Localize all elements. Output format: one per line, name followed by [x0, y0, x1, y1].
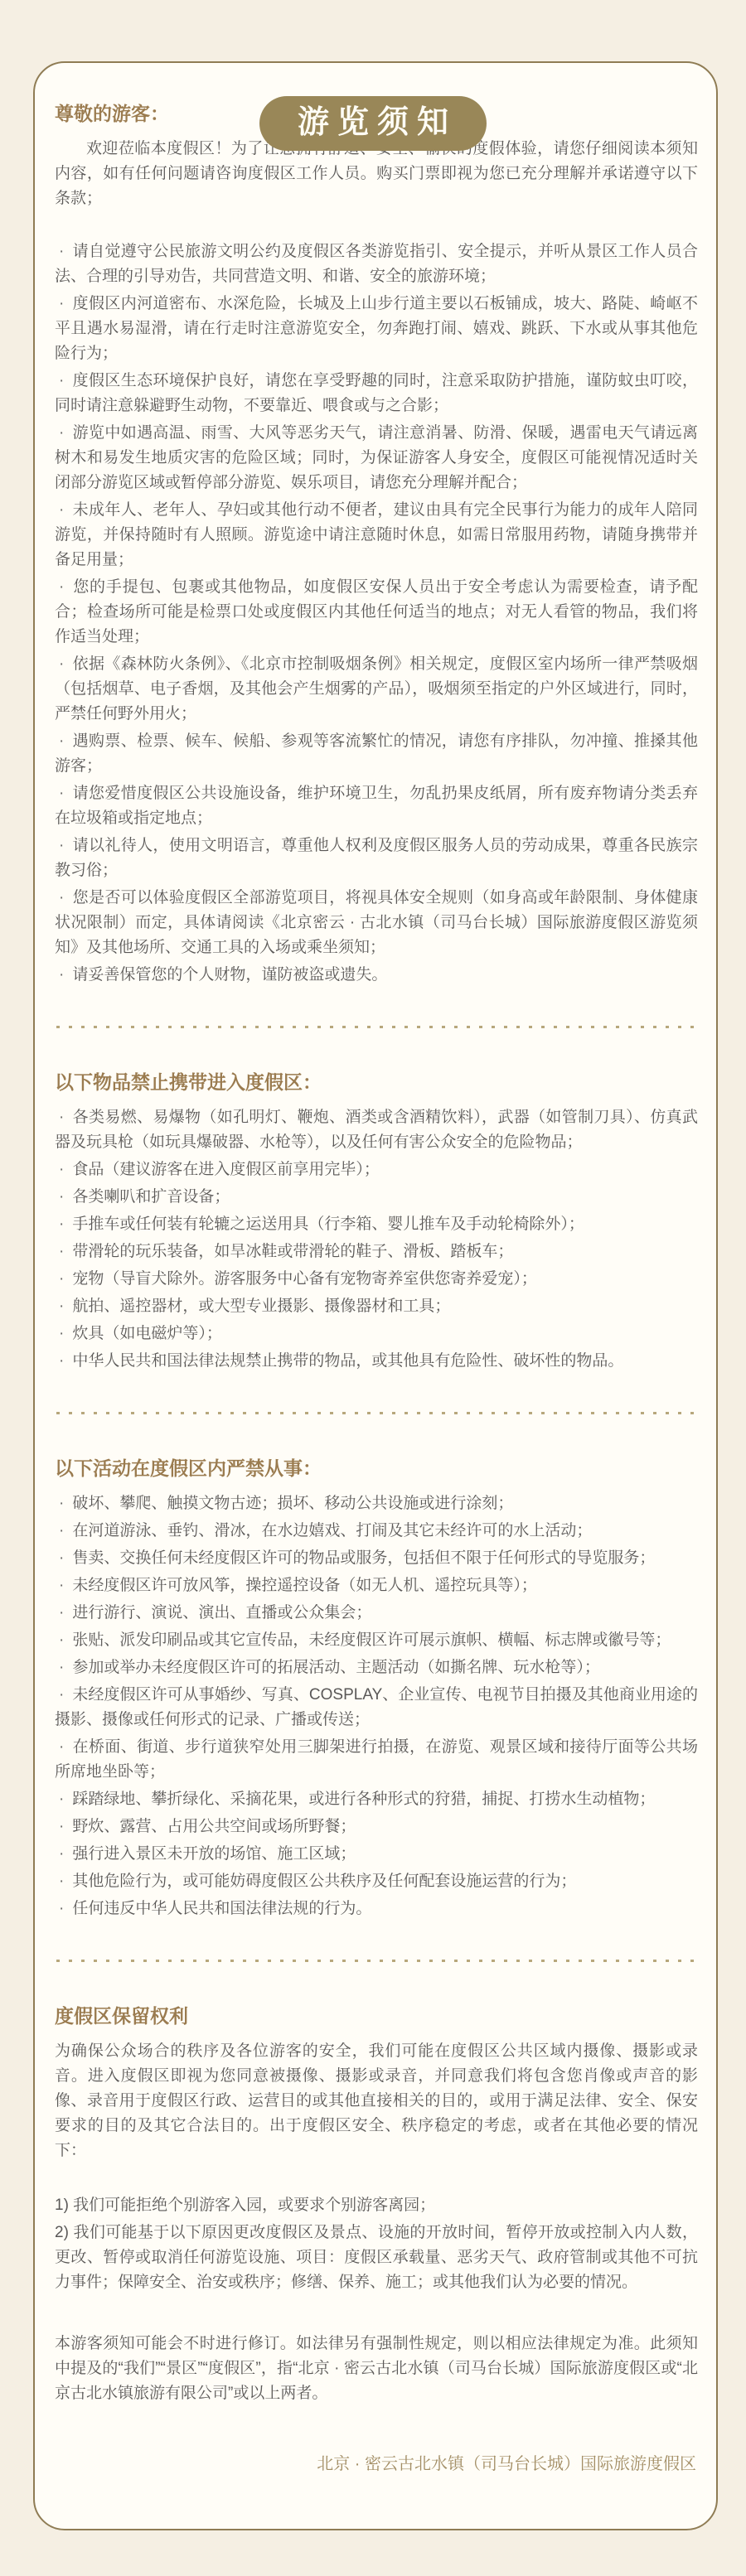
bullet-dot-icon: ·	[55, 1686, 72, 1704]
list-item: ·中华人民共和国法律法规禁止携带的物品，或其他具有危险性、破坏性的物品。	[55, 1349, 698, 1374]
prohibited-activities-list: ·破坏、攀爬、触摸文物古迹；损坏、移动公共设施或进行涂刻；·在河道游泳、垂钓、滑…	[55, 1491, 698, 1921]
bullet-dot-icon: ·	[55, 295, 72, 312]
bullet-dot-icon: ·	[55, 1900, 72, 1917]
bullet-dot-icon: ·	[55, 1791, 72, 1808]
list-item: ·各类易燃、易爆物（如孔明灯、鞭炮、酒类或含酒精饮料），武器（如管制刀具）、仿真…	[55, 1105, 698, 1155]
bullet-dot-icon: ·	[55, 1325, 72, 1342]
list-item: ·遇购票、检票、候车、候船、参观等客流繁忙的情况，请您有序排队，勿冲撞、推搡其他…	[55, 729, 698, 779]
bullet-dot-icon: ·	[55, 1577, 72, 1594]
bullet-dot-icon: ·	[55, 1659, 72, 1676]
bullet-dot-icon: ·	[55, 1873, 72, 1890]
prohibited-items-heading: 以下物品禁止携带进入度假区：	[55, 1070, 698, 1095]
list-item: ·请自觉遵守公民旅游文明公约及度假区各类游览指引、安全提示，并听从景区工作人员合…	[55, 239, 698, 289]
list-item: 1) 我们可能拒绝个别游客入园，或要求个别游客离园；	[55, 2193, 698, 2218]
list-item: ·各类喇叭和扩音设备；	[55, 1185, 698, 1210]
bullet-dot-icon: ·	[55, 1188, 72, 1206]
prohibited-items-list: ·各类易燃、易爆物（如孔明灯、鞭炮、酒类或含酒精饮料），武器（如管制刀具）、仿真…	[55, 1105, 698, 1374]
list-item: ·航拍、遥控器材，或大型专业摄影、摄像器材和工具；	[55, 1294, 698, 1319]
list-item: ·进行游行、演说、演出、直播或公众集会；	[55, 1601, 698, 1626]
bullet-dot-icon: ·	[55, 243, 72, 260]
list-item: ·宠物（导盲犬除外。游客服务中心备有宠物寄养室供您寄养爱宠）；	[55, 1267, 698, 1292]
list-item: ·未经度假区许可放风筝，操控遥控设备（如无人机、遥控玩具等）；	[55, 1573, 698, 1598]
list-item: 2) 我们可能基于以下原因更改度假区及景点、设施的开放时间，暂停开放或控制入内人…	[55, 2221, 698, 2295]
list-item: ·售卖、交换任何未经度假区许可的物品或服务，包括但不限于任何形式的导览服务；	[55, 1546, 698, 1571]
list-item: ·炊具（如电磁炉等）；	[55, 1322, 698, 1346]
list-item: ·破坏、攀爬、触摸文物古迹；损坏、移动公共设施或进行涂刻；	[55, 1491, 698, 1516]
list-item: ·踩踏绿地、攀折绿化、采摘花果，或进行各种形式的狩猎，捕捉、打捞水生动植物；	[55, 1787, 698, 1812]
list-item: ·在河道游泳、垂钓、滑冰，在水边嬉戏、打闹及其它未经许可的水上活动；	[55, 1519, 698, 1544]
list-item: ·请您爱惜度假区公共设施设备，维护环境卫生，勿乱扔果皮纸屑，所有废弃物请分类丢弃…	[55, 781, 698, 831]
list-item: ·未经度假区许可从事婚纱、写真、COSPLAY、企业宣传、电视节目拍摄及其他商业…	[55, 1683, 698, 1733]
bullet-dot-icon: ·	[55, 1298, 72, 1315]
bullet-dot-icon: ·	[55, 1549, 72, 1567]
list-item: ·游览中如遇高温、雨雪、大风等恶劣天气，请注意消暑、防滑、保暖，遇雷电天气请远离…	[55, 421, 698, 495]
list-item: ·食品（建议游客在进入度假区前享用完毕）；	[55, 1158, 698, 1182]
bullet-dot-icon: ·	[55, 732, 72, 750]
bullet-dot-icon: ·	[55, 966, 72, 984]
bullet-dot-icon: ·	[55, 837, 72, 854]
reserved-rights-numbered-list: 1) 我们可能拒绝个别游客入园，或要求个别游客离园；2) 我们可能基于以下原因更…	[55, 2193, 698, 2295]
bullet-dot-icon: ·	[55, 1818, 72, 1835]
list-item: ·您的手提包、包裹或其他物品，如度假区安保人员出于安全考虑认为需要检查，请予配合…	[55, 575, 698, 650]
list-item: ·张贴、派发印刷品或其它宣传品，未经度假区许可展示旗帜、横幅、标志牌或徽号等；	[55, 1628, 698, 1653]
bullet-dot-icon: ·	[55, 578, 72, 596]
bullet-dot-icon: ·	[55, 424, 72, 442]
bullet-dot-icon: ·	[55, 1243, 72, 1260]
list-item: ·请妥善保管您的个人财物，谨防被盗或遗失。	[55, 963, 698, 988]
list-item: ·其他危险行为，或可能妨碍度假区公共秩序及任何配套设施运营的行为；	[55, 1869, 698, 1894]
list-item: ·野炊、露营、占用公共空间或场所野餐；	[55, 1815, 698, 1839]
list-item: ·任何违反中华人民共和国法律法规的行为。	[55, 1897, 698, 1921]
section-divider	[56, 1026, 696, 1028]
notice-title-badge: 游览须知	[259, 96, 487, 151]
section-divider	[56, 1960, 696, 1962]
reserved-rights-paragraph: 为确保公众场合的秩序及各位游客的安全，我们可能在度假区公共区域内摄像、摄影或录音…	[55, 2039, 698, 2163]
bullet-dot-icon: ·	[55, 785, 72, 802]
bullet-dot-icon: ·	[55, 1631, 72, 1649]
bullet-dot-icon: ·	[55, 889, 72, 906]
bullet-dot-icon: ·	[55, 1845, 72, 1863]
bullet-dot-icon: ·	[55, 1495, 72, 1512]
list-item: ·依据《森林防火条例》、《北京市控制吸烟条例》相关规定，度假区室内场所一律严禁吸…	[55, 652, 698, 727]
section-divider	[56, 1412, 696, 1414]
bullet-dot-icon: ·	[55, 501, 72, 519]
list-item: ·参加或举办未经度假区许可的拓展活动、主题活动（如撕名牌、玩水枪等）；	[55, 1655, 698, 1680]
bullet-dot-icon: ·	[55, 1522, 72, 1539]
list-item: ·请以礼待人，使用文明语言，尊重他人权利及度假区服务人员的劳动成果，尊重各民族宗…	[55, 834, 698, 883]
revision-note-paragraph: 本游客须知可能会不时进行修订。如法律另有强制性规定，则以相应法律规定为准。此须知…	[55, 2332, 698, 2406]
list-item: ·未成年人、老年人、孕妇或其他行动不便者，建议由具有完全民事行为能力的成年人陪同…	[55, 498, 698, 573]
bullet-dot-icon: ·	[55, 1738, 72, 1756]
list-item: ·度假区生态环境保护良好，请您在享受野趣的同时，注意采取防护措施，谨防蚊虫叮咬，…	[55, 369, 698, 418]
list-item: ·带滑轮的玩乐装备，如旱冰鞋或带滑轮的鞋子、滑板、踏板车；	[55, 1240, 698, 1264]
list-item: ·在桥面、街道、步行道狭窄处用三脚架进行拍摄，在游览、观景区域和接待厅面等公共场…	[55, 1735, 698, 1785]
general-rules-list: ·请自觉遵守公民旅游文明公约及度假区各类游览指引、安全提示，并听从景区工作人员合…	[55, 239, 698, 988]
prohibited-activities-heading: 以下活动在度假区内严禁从事：	[55, 1456, 698, 1481]
bullet-dot-icon: ·	[55, 1270, 72, 1288]
resort-signature: 北京 · 密云古北水镇（司马台长城）国际旅游度假区	[55, 2453, 696, 2476]
bullet-dot-icon: ·	[55, 1216, 72, 1233]
list-item: ·强行进入景区未开放的场馆、施工区域；	[55, 1842, 698, 1867]
bullet-dot-icon: ·	[55, 1352, 72, 1370]
bullet-dot-icon: ·	[55, 1604, 72, 1621]
notice-page: 游览须知 尊敬的游客： 欢迎莅临本度假区！为了让您拥有舒适、安全、愉快的度假体验…	[0, 61, 746, 2530]
list-item: ·度假区内河道密布、水深危险，长城及上山步行道主要以石板铺成，坡大、路陡、崎岖不…	[55, 292, 698, 366]
notice-card: 尊敬的游客： 欢迎莅临本度假区！为了让您拥有舒适、安全、愉快的度假体验，请您仔细…	[33, 61, 718, 2530]
bullet-dot-icon: ·	[55, 655, 72, 673]
bullet-dot-icon: ·	[55, 1109, 72, 1126]
list-item: ·您是否可以体验度假区全部游览项目，将视具体安全规则（如身高或年龄限制、身体健康…	[55, 886, 698, 960]
list-item: ·手推车或任何装有轮辘之运送用具（行李箱、婴儿推车及手动轮椅除外）；	[55, 1212, 698, 1237]
bullet-dot-icon: ·	[55, 1161, 72, 1178]
bullet-dot-icon: ·	[55, 372, 72, 389]
reserved-rights-heading: 度假区保留权利	[55, 2003, 698, 2029]
